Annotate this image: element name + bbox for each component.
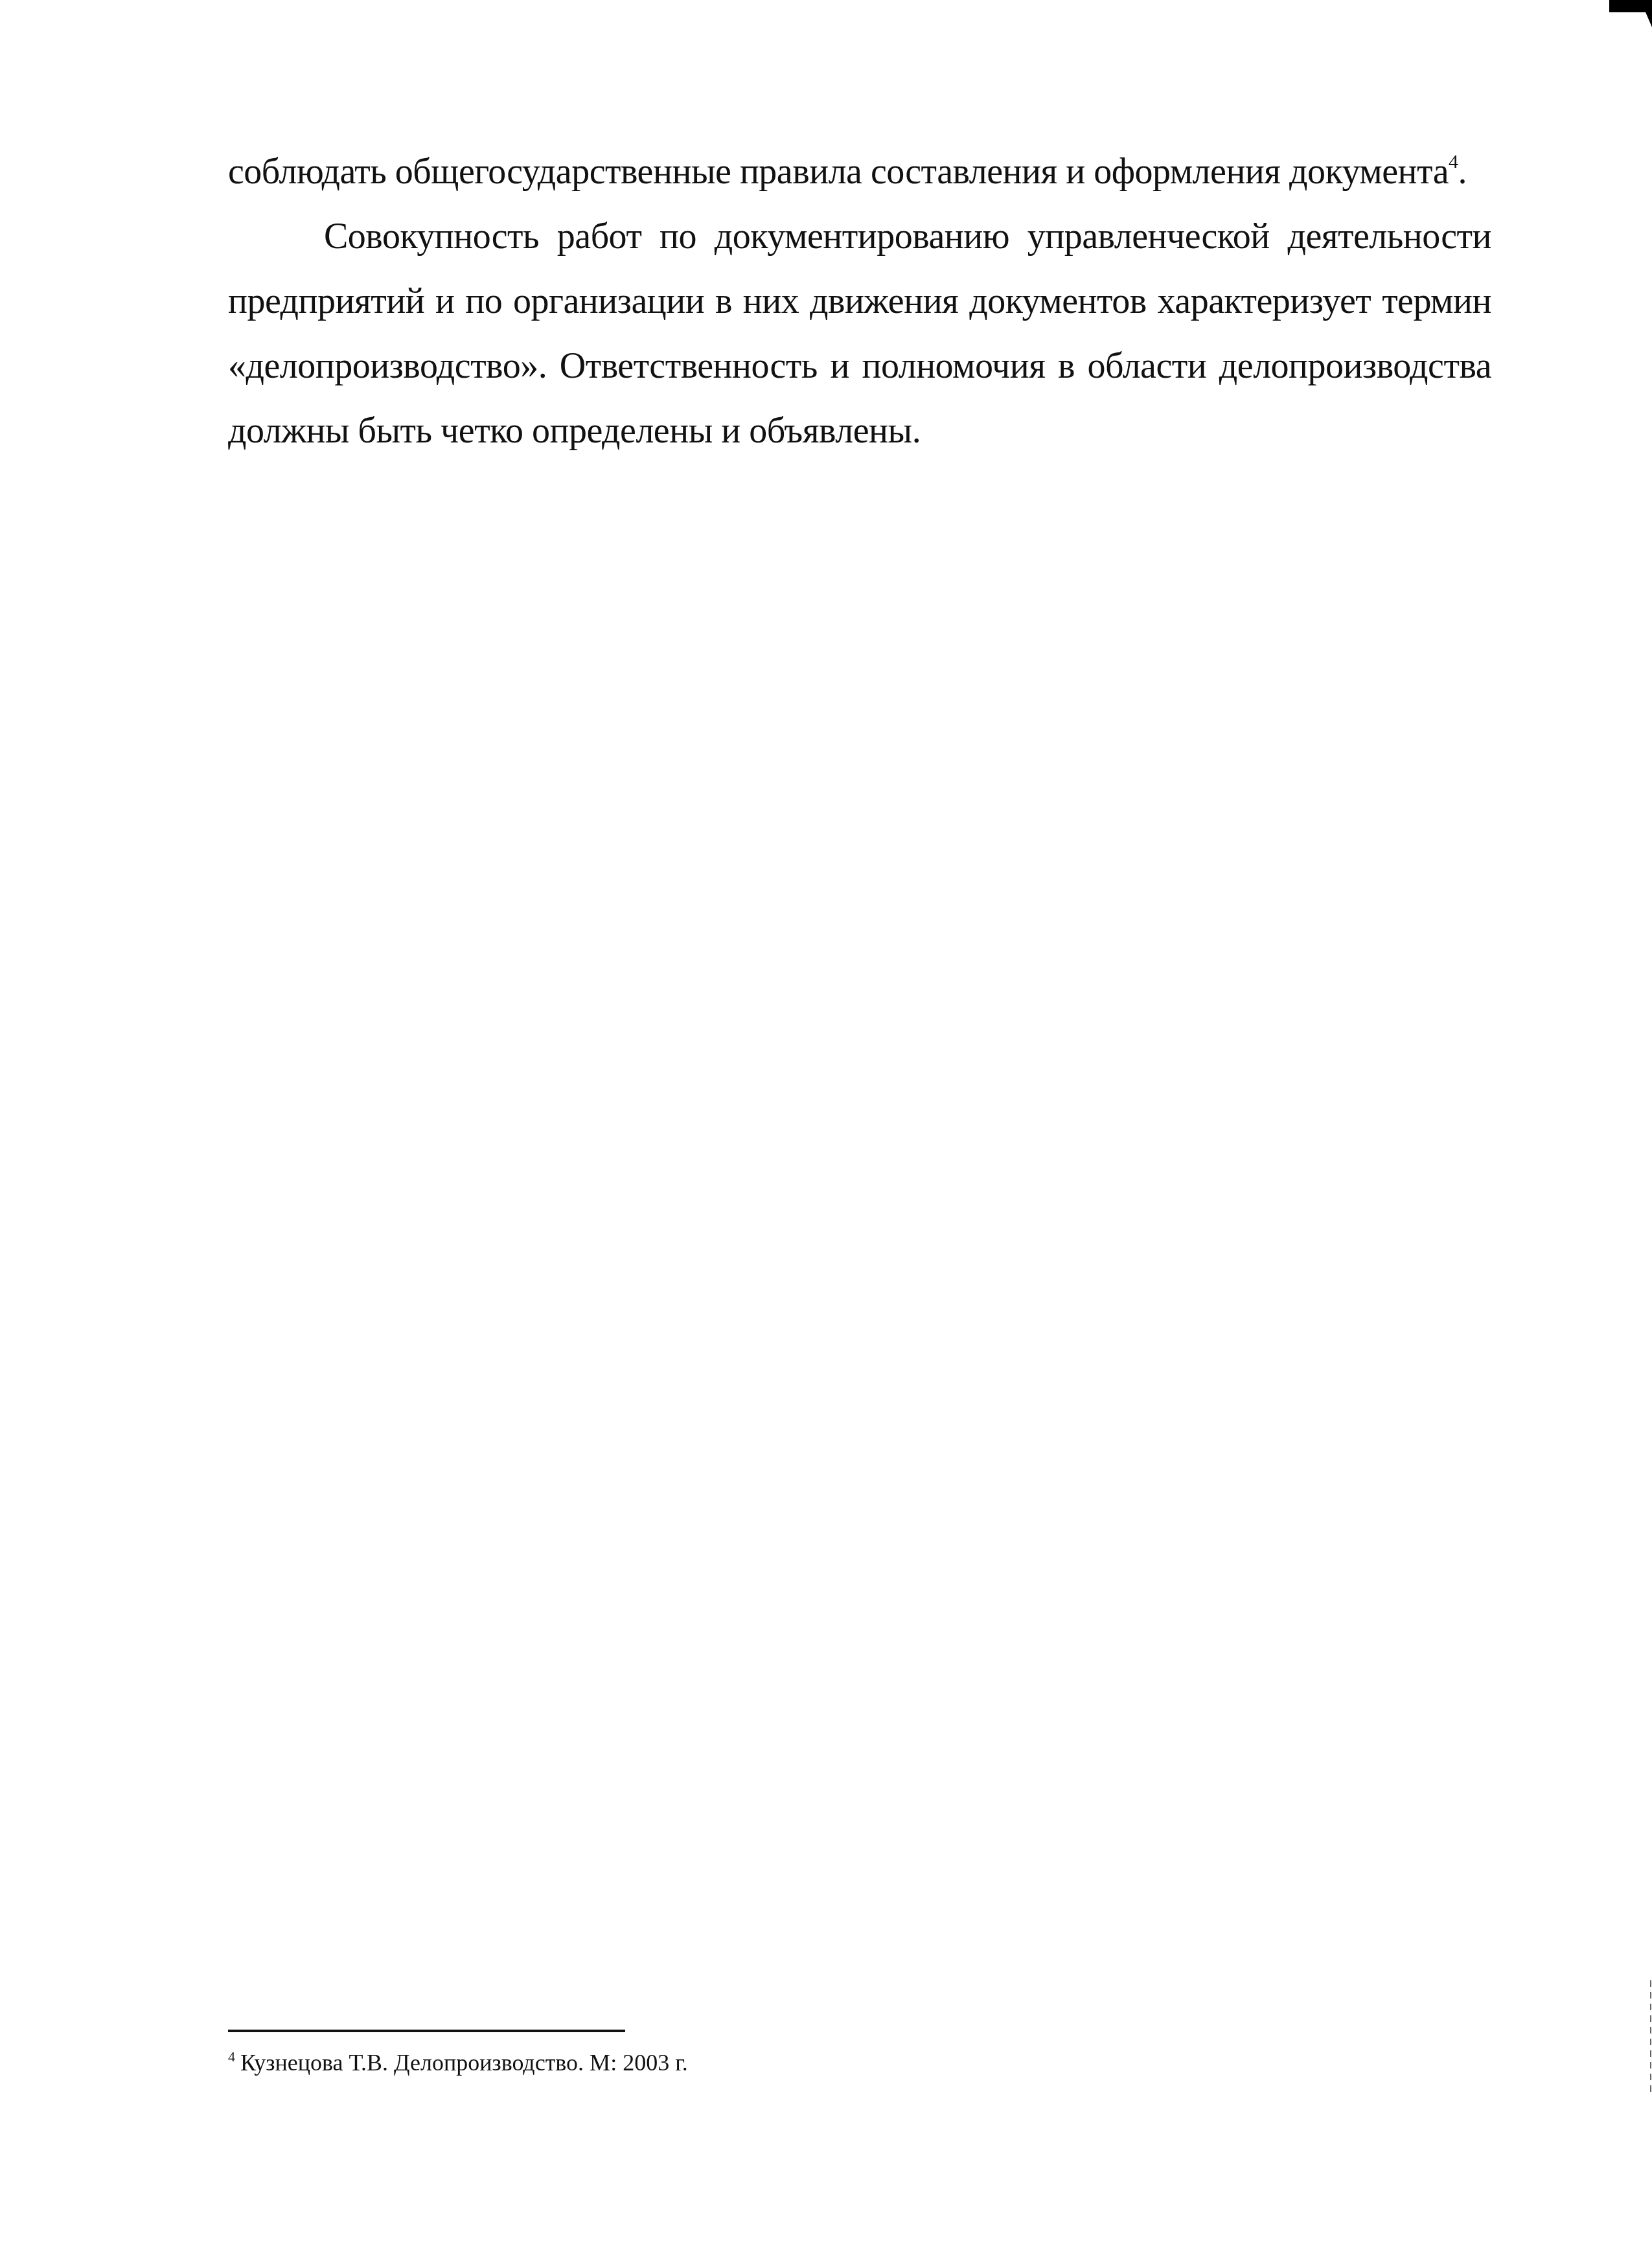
footnote-separator <box>228 2030 625 2032</box>
footnote-text: Кузнецова Т.В. Делопроизводство. М: 2003… <box>240 2050 688 2076</box>
footnote-number: 4 <box>228 2048 235 2065</box>
paragraph-text: соблюдать общегосударственные правила со… <box>228 152 1449 192</box>
body-text: соблюдать общегосударственные правила со… <box>228 139 1491 463</box>
footnote: 4Кузнецова Т.В. Делопроизводство. М: 200… <box>228 2047 688 2078</box>
document-page: соблюдать общегосударственные правила со… <box>0 0 1652 2268</box>
scan-corner-mark <box>1609 0 1652 27</box>
paragraph-definition: Совокупность работ по документированию у… <box>228 204 1491 463</box>
footnote-reference[interactable]: 4 <box>1449 151 1458 172</box>
paragraph-continued: соблюдать общегосударственные правила со… <box>228 139 1491 204</box>
scan-edge-artifact <box>1650 1980 1651 2094</box>
paragraph-end-punctuation: . <box>1458 152 1467 192</box>
